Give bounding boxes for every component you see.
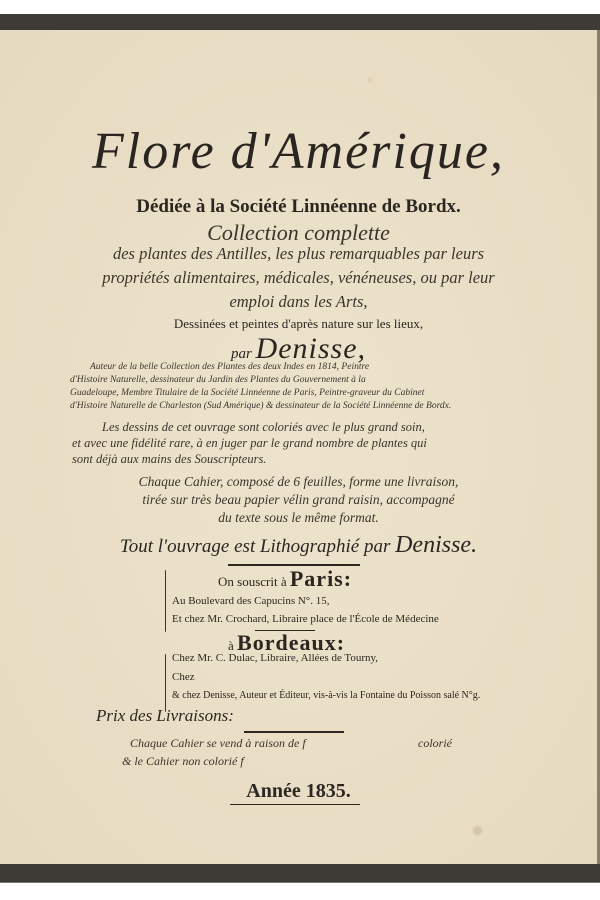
author-bio-line: Auteur de la belle Collection des Plante…: [90, 362, 560, 372]
brace: [165, 570, 166, 632]
drawn-note: Dessinées et peintes d'après nature sur …: [0, 316, 597, 332]
description-line: propriétés alimentaires, médicales, véné…: [0, 268, 597, 288]
author-bio-line: d'Histoire Naturelle, dessinateur du Jar…: [70, 375, 540, 385]
year-underline: [230, 804, 360, 805]
brace: [165, 654, 166, 712]
price-line: Chaque Cahier se vend à raison de f: [130, 736, 306, 751]
paris-city: Paris:: [290, 566, 352, 591]
paris-prefix: On souscrit à: [218, 574, 287, 589]
paris-address-line: Au Boulevard des Capucins N°. 15,: [172, 595, 329, 607]
lithography-prefix: Tout l'ouvrage est Lithographié par: [120, 536, 390, 557]
description-line: des plantes des Antilles, les plus remar…: [0, 244, 597, 264]
cahier-note-line: Chaque Cahier, composé de 6 feuilles, fo…: [0, 474, 597, 490]
paris-address-line: Et chez Mr. Crochard, Libraire place de …: [172, 613, 439, 625]
subtitle: Collection complette: [0, 220, 597, 246]
lithography-line: Tout l'ouvrage est Lithographié par Deni…: [0, 532, 597, 559]
book-title: Flore d'Amérique,: [0, 122, 597, 181]
lithography-name: Denisse.: [395, 532, 477, 558]
divider-rule: [244, 731, 344, 733]
drawings-note-line: et avec une fidélité rare, à en juger pa…: [72, 436, 552, 451]
description-line: emploi dans les Arts,: [0, 292, 597, 312]
paris-subscription-line: On souscrit à Paris:: [218, 566, 352, 592]
year: Année 1835.: [0, 780, 597, 803]
bottom-frame-bar: [0, 864, 600, 883]
cahier-note-line: tirée sur très beau papier vélin grand r…: [0, 492, 597, 508]
author-line: par Denisse,: [0, 332, 597, 366]
author-bio-line: Guadeloupe, Membre Titulaire de la Socié…: [70, 388, 540, 398]
top-frame-bar: [0, 14, 600, 30]
bordeaux-address-line: Chez: [172, 671, 195, 683]
bordeaux-prefix: à: [228, 638, 234, 653]
dedication: Dédiée à la Société Linnéenne de Bordx.: [0, 196, 597, 218]
cahier-note-line: du texte sous le même format.: [0, 510, 597, 526]
bordeaux-address-line: Chez Mr. C. Dulac, Libraire, Allées de T…: [172, 652, 378, 664]
price-line: & le Cahier non colorié f: [122, 754, 244, 769]
author-name: Denisse,: [256, 332, 366, 365]
author-bio-line: d'Histoire Naturelle de Charleston (Sud …: [70, 401, 540, 411]
title-page: Flore d'Amérique, Dédiée à la Société Li…: [0, 30, 600, 864]
bordeaux-address-line: & chez Denisse, Auteur et Éditeur, vis-à…: [172, 690, 480, 701]
prices-heading: Prix des Livraisons:: [96, 706, 234, 726]
by-label: par: [231, 346, 252, 362]
price-colored-label: colorié: [418, 736, 452, 751]
drawings-note-line: Les dessins de cet ouvrage sont coloriés…: [102, 420, 582, 435]
drawings-note-line: sont déjà aux mains des Souscripteurs.: [72, 452, 552, 467]
